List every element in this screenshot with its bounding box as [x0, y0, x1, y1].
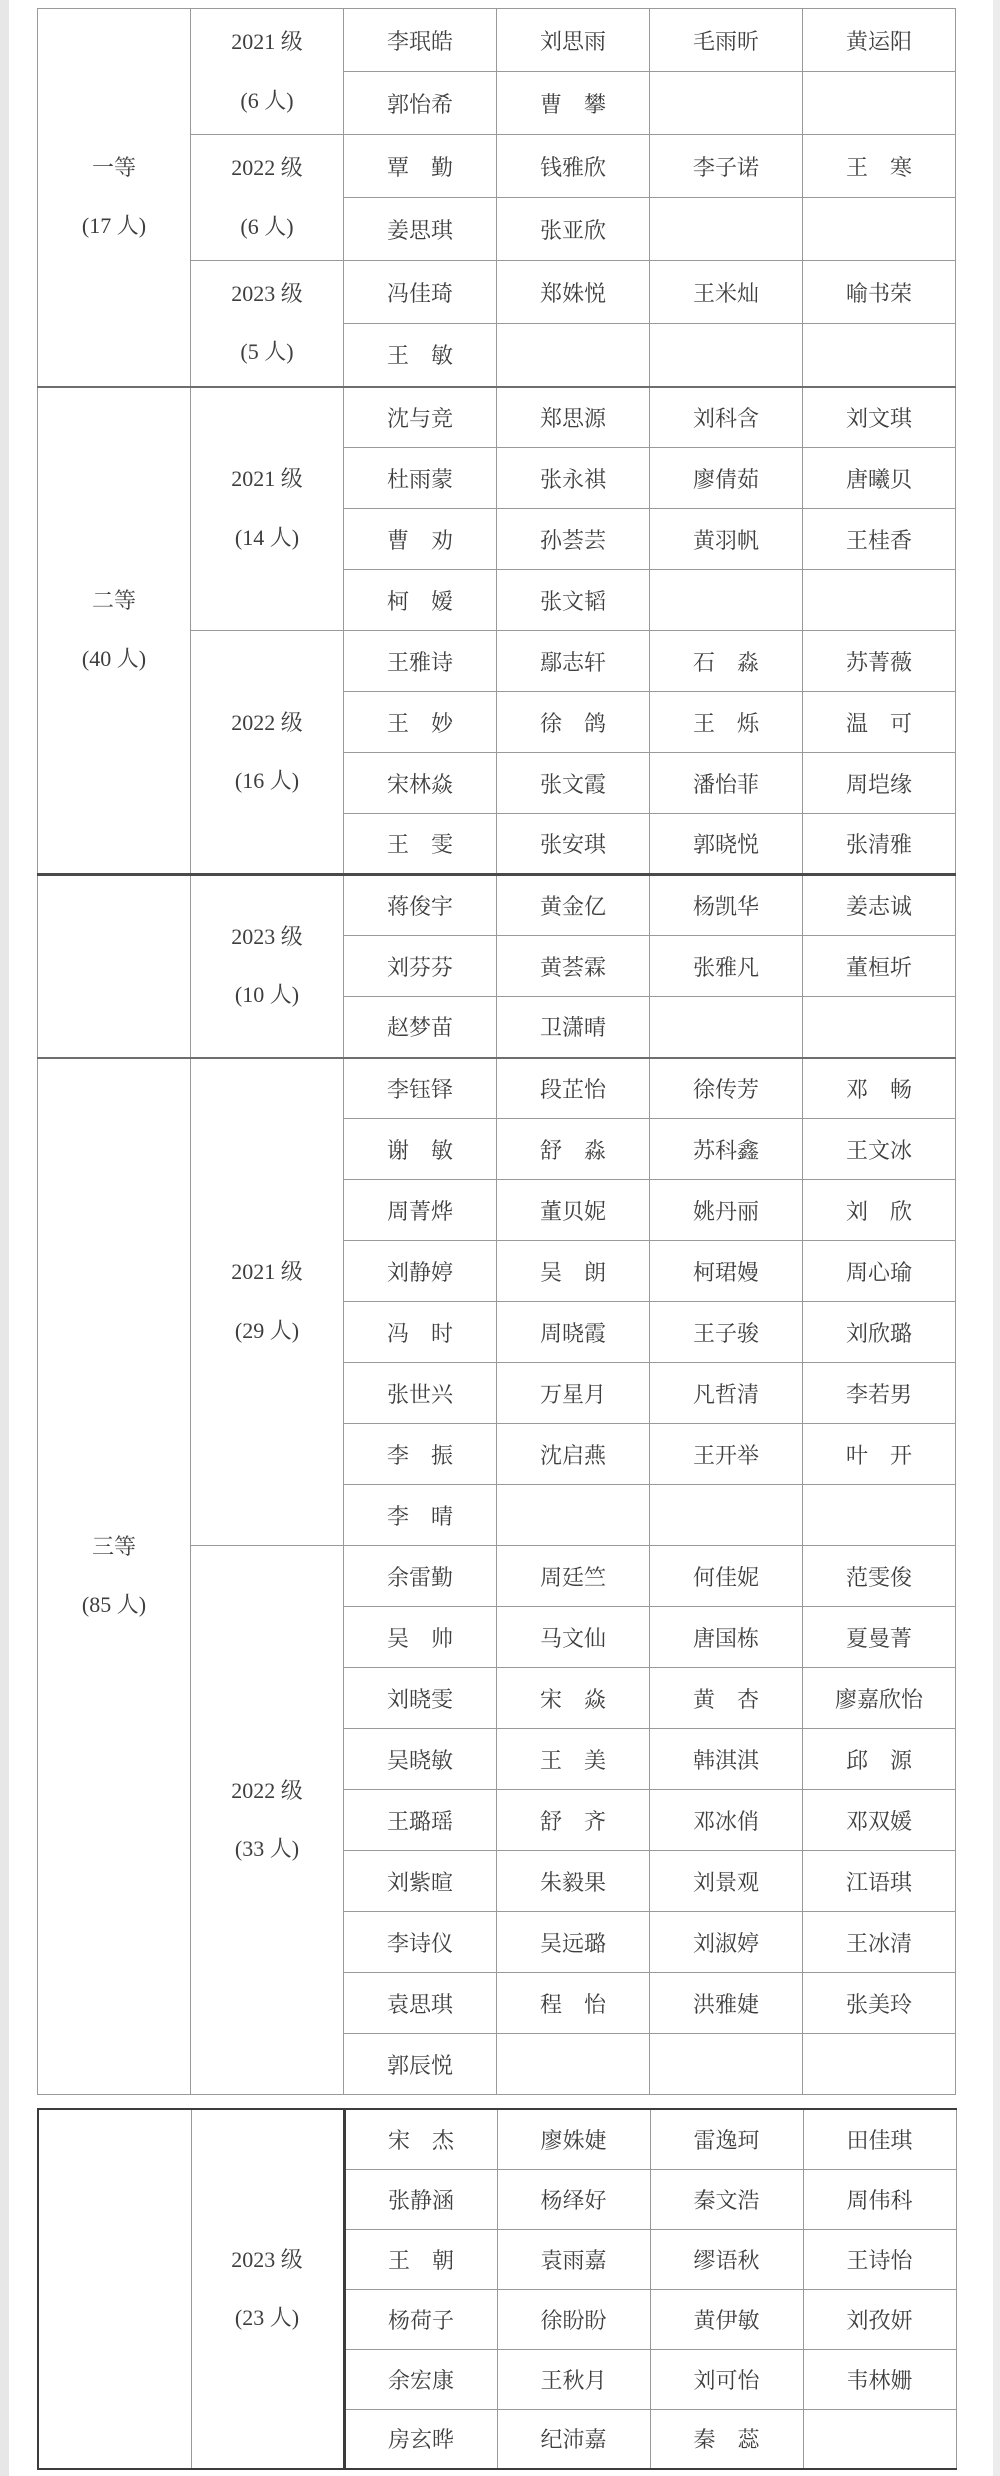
grade-year: 2021 级	[191, 29, 343, 55]
name-cell: 柯珺嫚	[650, 1241, 803, 1302]
table-row: 二等(40 人)2021 级(14 人)沈与竞郑思源刘科含刘文琪	[38, 387, 956, 448]
awards-table: 一等(17 人)2021 级(6 人)李珉皓刘思雨毛雨昕黄运阳郭怡希曹 攀202…	[37, 8, 956, 2095]
name-cell	[650, 198, 803, 261]
name-cell: 刘芬芬	[344, 936, 497, 997]
name-cell	[650, 72, 803, 135]
name-cell: 王子骏	[650, 1302, 803, 1363]
grade-year: 2022 级	[191, 1778, 343, 1804]
name-cell: 张雅凡	[650, 936, 803, 997]
name-cell: 张亚欣	[497, 198, 650, 261]
name-cell: 杨荷子	[344, 2289, 497, 2349]
page-break-gap	[37, 2095, 955, 2108]
name-cell: 刘紫暄	[344, 1851, 497, 1912]
name-cell	[803, 570, 956, 631]
name-cell: 张清雅	[803, 814, 956, 875]
name-cell: 吴 朗	[497, 1241, 650, 1302]
name-cell: 柯 嫒	[344, 570, 497, 631]
name-cell: 曹 劝	[344, 509, 497, 570]
name-cell: 邓双媛	[803, 1790, 956, 1851]
name-cell: 郭辰悦	[344, 2034, 497, 2095]
name-cell: 张文霞	[497, 753, 650, 814]
name-cell: 徐 鸽	[497, 692, 650, 753]
table-row: 2023 级(10 人)蒋俊宇黄金亿杨凯华姜志诚	[38, 875, 956, 936]
name-cell: 郑姝悦	[497, 261, 650, 324]
name-cell	[803, 2409, 956, 2469]
grade-cell: 2023 级(10 人)	[191, 875, 344, 1058]
rank-cell	[38, 875, 191, 1058]
name-cell: 宋 杰	[344, 2109, 497, 2169]
name-cell: 刘欣璐	[803, 1302, 956, 1363]
name-cell: 刘 欣	[803, 1180, 956, 1241]
name-cell: 唐曦贝	[803, 448, 956, 509]
name-cell: 杜雨蒙	[344, 448, 497, 509]
name-cell: 董贝妮	[497, 1180, 650, 1241]
table-row: 三等(85 人)2021 级(29 人)李钰铎段芷怡徐传芳邓 畅	[38, 1058, 956, 1119]
name-cell: 王 敏	[344, 324, 497, 387]
name-cell: 冯佳琦	[344, 261, 497, 324]
grade-count: (23 人)	[192, 2305, 343, 2331]
name-cell: 何佳妮	[650, 1546, 803, 1607]
name-cell: 秦文浩	[650, 2169, 803, 2229]
name-cell: 冯 时	[344, 1302, 497, 1363]
name-cell: 廖嘉欣怡	[803, 1668, 956, 1729]
grade-count: (33 人)	[191, 1836, 343, 1862]
page-edge-left	[0, 0, 9, 2476]
name-cell: 王 朝	[344, 2229, 497, 2289]
award-table-area: 一等(17 人)2021 级(6 人)李珉皓刘思雨毛雨昕黄运阳郭怡希曹 攀202…	[37, 8, 955, 2470]
name-cell: 张美玲	[803, 1973, 956, 2034]
name-cell: 刘景观	[650, 1851, 803, 1912]
name-cell: 舒 齐	[497, 1790, 650, 1851]
name-cell: 周心瑜	[803, 1241, 956, 1302]
grade-year: 2023 级	[191, 281, 343, 307]
name-cell: 余雷勤	[344, 1546, 497, 1607]
name-cell: 黄羽帆	[650, 509, 803, 570]
grade-year: 2023 级	[192, 2247, 343, 2273]
name-cell: 徐传芳	[650, 1058, 803, 1119]
grade-cell: 2022 级(33 人)	[191, 1546, 344, 2095]
name-cell	[650, 570, 803, 631]
grade-year: 2022 级	[191, 155, 343, 181]
name-cell: 徐盼盼	[497, 2289, 650, 2349]
grade-year: 2023 级	[191, 924, 343, 950]
grade-count: (6 人)	[191, 214, 343, 240]
name-cell: 钱雅欣	[497, 135, 650, 198]
name-cell: 李 振	[344, 1424, 497, 1485]
name-cell: 宋 焱	[497, 1668, 650, 1729]
name-cell: 段芷怡	[497, 1058, 650, 1119]
name-cell: 雷逸珂	[650, 2109, 803, 2169]
name-cell: 覃 勤	[344, 135, 497, 198]
name-cell	[803, 324, 956, 387]
name-cell: 刘科含	[650, 387, 803, 448]
name-cell: 卫潇晴	[497, 997, 650, 1058]
awards-table-part2: 2023 级(23 人)宋 杰廖姝婕雷逸珂田佳琪张静涵杨绎好秦文浩周伟科王 朝袁…	[37, 2108, 957, 2470]
name-cell: 王 雯	[344, 814, 497, 875]
name-cell: 王诗怡	[803, 2229, 956, 2289]
rank-cell: 三等(85 人)	[38, 1058, 191, 2095]
name-cell: 万星月	[497, 1363, 650, 1424]
grade-cell: 2021 级(14 人)	[191, 387, 344, 631]
name-cell: 田佳琪	[803, 2109, 956, 2169]
name-cell: 李珉皓	[344, 9, 497, 72]
name-cell: 吴远璐	[497, 1912, 650, 1973]
name-cell: 周菁烨	[344, 1180, 497, 1241]
name-cell: 吴晓敏	[344, 1729, 497, 1790]
name-cell: 曹 攀	[497, 72, 650, 135]
grade-count: (5 人)	[191, 339, 343, 365]
name-cell: 王璐瑶	[344, 1790, 497, 1851]
name-cell: 吴 帅	[344, 1607, 497, 1668]
name-cell: 王冰清	[803, 1912, 956, 1973]
name-cell: 周伟科	[803, 2169, 956, 2229]
name-cell: 谢 敏	[344, 1119, 497, 1180]
name-cell: 张静涵	[344, 2169, 497, 2229]
table-row: 一等(17 人)2021 级(6 人)李珉皓刘思雨毛雨昕黄运阳	[38, 9, 956, 72]
name-cell: 邓冰俏	[650, 1790, 803, 1851]
name-cell: 凡哲清	[650, 1363, 803, 1424]
name-cell: 韩淇淇	[650, 1729, 803, 1790]
name-cell: 余宏康	[344, 2349, 497, 2409]
name-cell: 王文冰	[803, 1119, 956, 1180]
name-cell: 刘晓雯	[344, 1668, 497, 1729]
rank-count: (85 人)	[38, 1592, 190, 1618]
page-edge-right	[993, 0, 1000, 2476]
name-cell: 苏科鑫	[650, 1119, 803, 1180]
name-cell	[650, 1485, 803, 1546]
name-cell: 廖姝婕	[497, 2109, 650, 2169]
name-cell: 纪沛嘉	[497, 2409, 650, 2469]
name-cell	[803, 1485, 956, 1546]
name-cell: 刘可怡	[650, 2349, 803, 2409]
name-cell	[497, 1485, 650, 1546]
name-cell	[650, 997, 803, 1058]
name-cell: 周垲缘	[803, 753, 956, 814]
name-cell: 缪语秋	[650, 2229, 803, 2289]
name-cell: 黄伊敏	[650, 2289, 803, 2349]
name-cell: 王雅诗	[344, 631, 497, 692]
name-cell: 王 美	[497, 1729, 650, 1790]
name-cell: 杨凯华	[650, 875, 803, 936]
name-cell: 廖倩茹	[650, 448, 803, 509]
name-cell: 刘静婷	[344, 1241, 497, 1302]
name-cell: 李 晴	[344, 1485, 497, 1546]
name-cell: 秦 蕊	[650, 2409, 803, 2469]
rank-count: (17 人)	[38, 213, 190, 239]
rank-cell: 二等(40 人)	[38, 387, 191, 875]
name-cell: 张文韬	[497, 570, 650, 631]
name-cell: 唐国栋	[650, 1607, 803, 1668]
name-cell: 舒 淼	[497, 1119, 650, 1180]
name-cell	[497, 2034, 650, 2095]
name-cell: 刘文琪	[803, 387, 956, 448]
name-cell: 温 可	[803, 692, 956, 753]
grade-cell: 2022 级(6 人)	[191, 135, 344, 261]
name-cell: 姜思琪	[344, 198, 497, 261]
name-cell: 邓 畅	[803, 1058, 956, 1119]
name-cell: 张世兴	[344, 1363, 497, 1424]
grade-cell: 2021 级(6 人)	[191, 9, 344, 135]
name-cell: 苏菁薇	[803, 631, 956, 692]
name-cell	[803, 198, 956, 261]
name-cell	[497, 324, 650, 387]
name-cell: 洪雅婕	[650, 1973, 803, 2034]
name-cell: 黄 杏	[650, 1668, 803, 1729]
rank-cell: 一等(17 人)	[38, 9, 191, 387]
name-cell: 董桓圻	[803, 936, 956, 997]
name-cell: 邱 源	[803, 1729, 956, 1790]
name-cell: 刘孜妍	[803, 2289, 956, 2349]
name-cell: 王 烁	[650, 692, 803, 753]
name-cell: 刘思雨	[497, 9, 650, 72]
name-cell: 沈与竞	[344, 387, 497, 448]
name-cell: 周廷竺	[497, 1546, 650, 1607]
rank-title: 二等	[38, 588, 190, 614]
name-cell: 叶 开	[803, 1424, 956, 1485]
rank-title: 三等	[38, 1534, 190, 1560]
name-cell: 范雯俊	[803, 1546, 956, 1607]
grade-count: (16 人)	[191, 768, 343, 794]
name-cell: 王米灿	[650, 261, 803, 324]
grade-count: (10 人)	[191, 982, 343, 1008]
name-cell	[803, 2034, 956, 2095]
grade-count: (6 人)	[191, 88, 343, 114]
name-cell: 王开举	[650, 1424, 803, 1485]
name-cell: 喻书荣	[803, 261, 956, 324]
name-cell: 刘淑婷	[650, 1912, 803, 1973]
name-cell: 李钰铎	[344, 1058, 497, 1119]
name-cell: 姜志诚	[803, 875, 956, 936]
name-cell: 江语琪	[803, 1851, 956, 1912]
name-cell: 杨绎好	[497, 2169, 650, 2229]
name-cell: 袁思琪	[344, 1973, 497, 2034]
name-cell	[803, 997, 956, 1058]
name-cell: 宋林焱	[344, 753, 497, 814]
grade-count: (14 人)	[191, 525, 343, 551]
name-cell: 黄荟霖	[497, 936, 650, 997]
grade-cell: 2021 级(29 人)	[191, 1058, 344, 1546]
name-cell: 赵梦苗	[344, 997, 497, 1058]
name-cell: 房玄晔	[344, 2409, 497, 2469]
grade-year: 2022 级	[191, 710, 343, 736]
name-cell	[803, 72, 956, 135]
rank-title: 一等	[38, 155, 190, 181]
name-cell: 李子诺	[650, 135, 803, 198]
name-cell: 张安琪	[497, 814, 650, 875]
name-cell: 蒋俊宇	[344, 875, 497, 936]
name-cell: 黄运阳	[803, 9, 956, 72]
grade-cell: 2023 级(23 人)	[191, 2109, 344, 2469]
name-cell: 郭怡希	[344, 72, 497, 135]
name-cell: 沈启燕	[497, 1424, 650, 1485]
name-cell: 韦林姗	[803, 2349, 956, 2409]
name-cell: 郭晓悦	[650, 814, 803, 875]
name-cell: 李若男	[803, 1363, 956, 1424]
grade-year: 2021 级	[191, 1259, 343, 1285]
name-cell: 黄金亿	[497, 875, 650, 936]
name-cell: 周晓霞	[497, 1302, 650, 1363]
name-cell: 姚丹丽	[650, 1180, 803, 1241]
name-cell: 朱毅果	[497, 1851, 650, 1912]
name-cell: 夏曼菁	[803, 1607, 956, 1668]
name-cell: 李诗仪	[344, 1912, 497, 1973]
name-cell: 马文仙	[497, 1607, 650, 1668]
name-cell: 王 妙	[344, 692, 497, 753]
name-cell: 潘怡菲	[650, 753, 803, 814]
name-cell: 张永祺	[497, 448, 650, 509]
name-cell: 袁雨嘉	[497, 2229, 650, 2289]
grade-cell: 2023 级(5 人)	[191, 261, 344, 387]
name-cell	[650, 2034, 803, 2095]
name-cell: 鄢志轩	[497, 631, 650, 692]
rank-cell	[38, 2109, 191, 2469]
name-cell: 程 怡	[497, 1973, 650, 2034]
name-cell: 王 寒	[803, 135, 956, 198]
grade-year: 2021 级	[191, 466, 343, 492]
rank-count: (40 人)	[38, 646, 190, 672]
name-cell: 郑思源	[497, 387, 650, 448]
name-cell: 石 淼	[650, 631, 803, 692]
name-cell	[650, 324, 803, 387]
name-cell: 王秋月	[497, 2349, 650, 2409]
name-cell: 孙荟芸	[497, 509, 650, 570]
grade-count: (29 人)	[191, 1318, 343, 1344]
name-cell: 毛雨昕	[650, 9, 803, 72]
grade-cell: 2022 级(16 人)	[191, 631, 344, 875]
table-row: 2023 级(23 人)宋 杰廖姝婕雷逸珂田佳琪	[38, 2109, 956, 2169]
name-cell: 王桂香	[803, 509, 956, 570]
